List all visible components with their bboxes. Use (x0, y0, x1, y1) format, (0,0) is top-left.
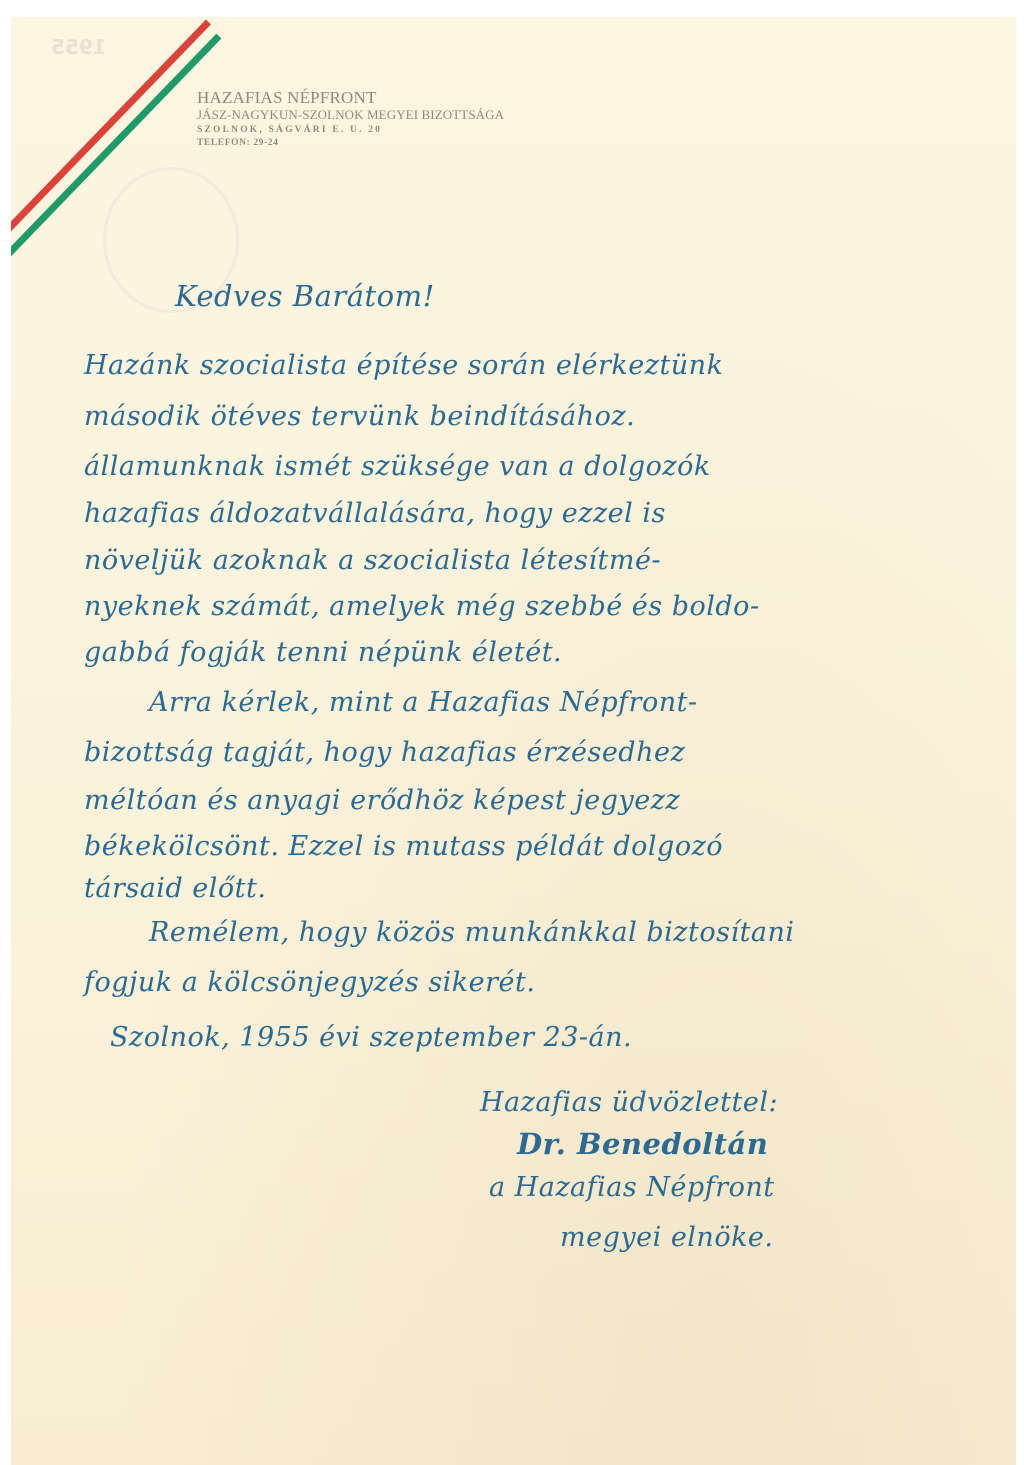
bleed-through-year: 1955 (51, 35, 107, 59)
signer-title: megyei elnöke. (560, 1222, 774, 1253)
body-line: Hazánk szocialista építése során elérkez… (84, 350, 723, 381)
body-line: nyeknek számát, amelyek még szebbé és bo… (84, 591, 760, 622)
body-line: méltóan és anyagi erődhöz képest jegyezz (84, 785, 680, 816)
letterhead-committee: JÁSZ-NAGYKUN-SZOLNOK MEGYEI BIZOTTSÁGA (197, 107, 504, 123)
letterhead-address: SZOLNOK, SÁGVÁRI E. U. 20 (197, 123, 504, 137)
signer-title: a Hazafias Népfront (489, 1172, 775, 1203)
letter-paper: 1955 HAZAFIAS NÉPFRONT JÁSZ-NAGYKUN-SZOL… (11, 17, 1016, 1465)
body-line: társaid előtt. (84, 873, 266, 904)
body-line: békekölcsönt. Ezzel is mutass példát dol… (84, 831, 723, 862)
body-line: Remélem, hogy közös munkánkkal biztosíta… (149, 917, 795, 948)
closing: Hazafias üdvözlettel: (480, 1087, 778, 1118)
signature: Dr. Benedoltán (517, 1127, 768, 1161)
letterhead-phone: TELEFON: 29-24 (197, 137, 504, 150)
letterhead-organization: HAZAFIAS NÉPFRONT (197, 88, 504, 107)
date-line: Szolnok, 1955 évi szeptember 23-án. (110, 1022, 632, 1053)
body-line: növeljük azoknak a szocialista létesítmé… (84, 545, 661, 576)
body-line: fogjuk a kölcsönjegyzés sikerét. (84, 967, 535, 998)
body-line: államunknak ismét szüksége van a dolgozó… (84, 451, 711, 482)
body-line: bizottság tagját, hogy hazafias érzésedh… (84, 737, 685, 768)
body-line: gabbá fogják tenni népünk életét. (84, 637, 562, 668)
body-line: második ötéves tervünk beindításához. (84, 401, 635, 432)
body-line: Arra kérlek, mint a Hazafias Népfront- (149, 687, 698, 718)
body-line: hazafias áldozatvállalására, hogy ezzel … (84, 498, 666, 529)
letterhead: HAZAFIAS NÉPFRONT JÁSZ-NAGYKUN-SZOLNOK M… (197, 88, 504, 150)
greeting: Kedves Barátom! (175, 279, 435, 313)
